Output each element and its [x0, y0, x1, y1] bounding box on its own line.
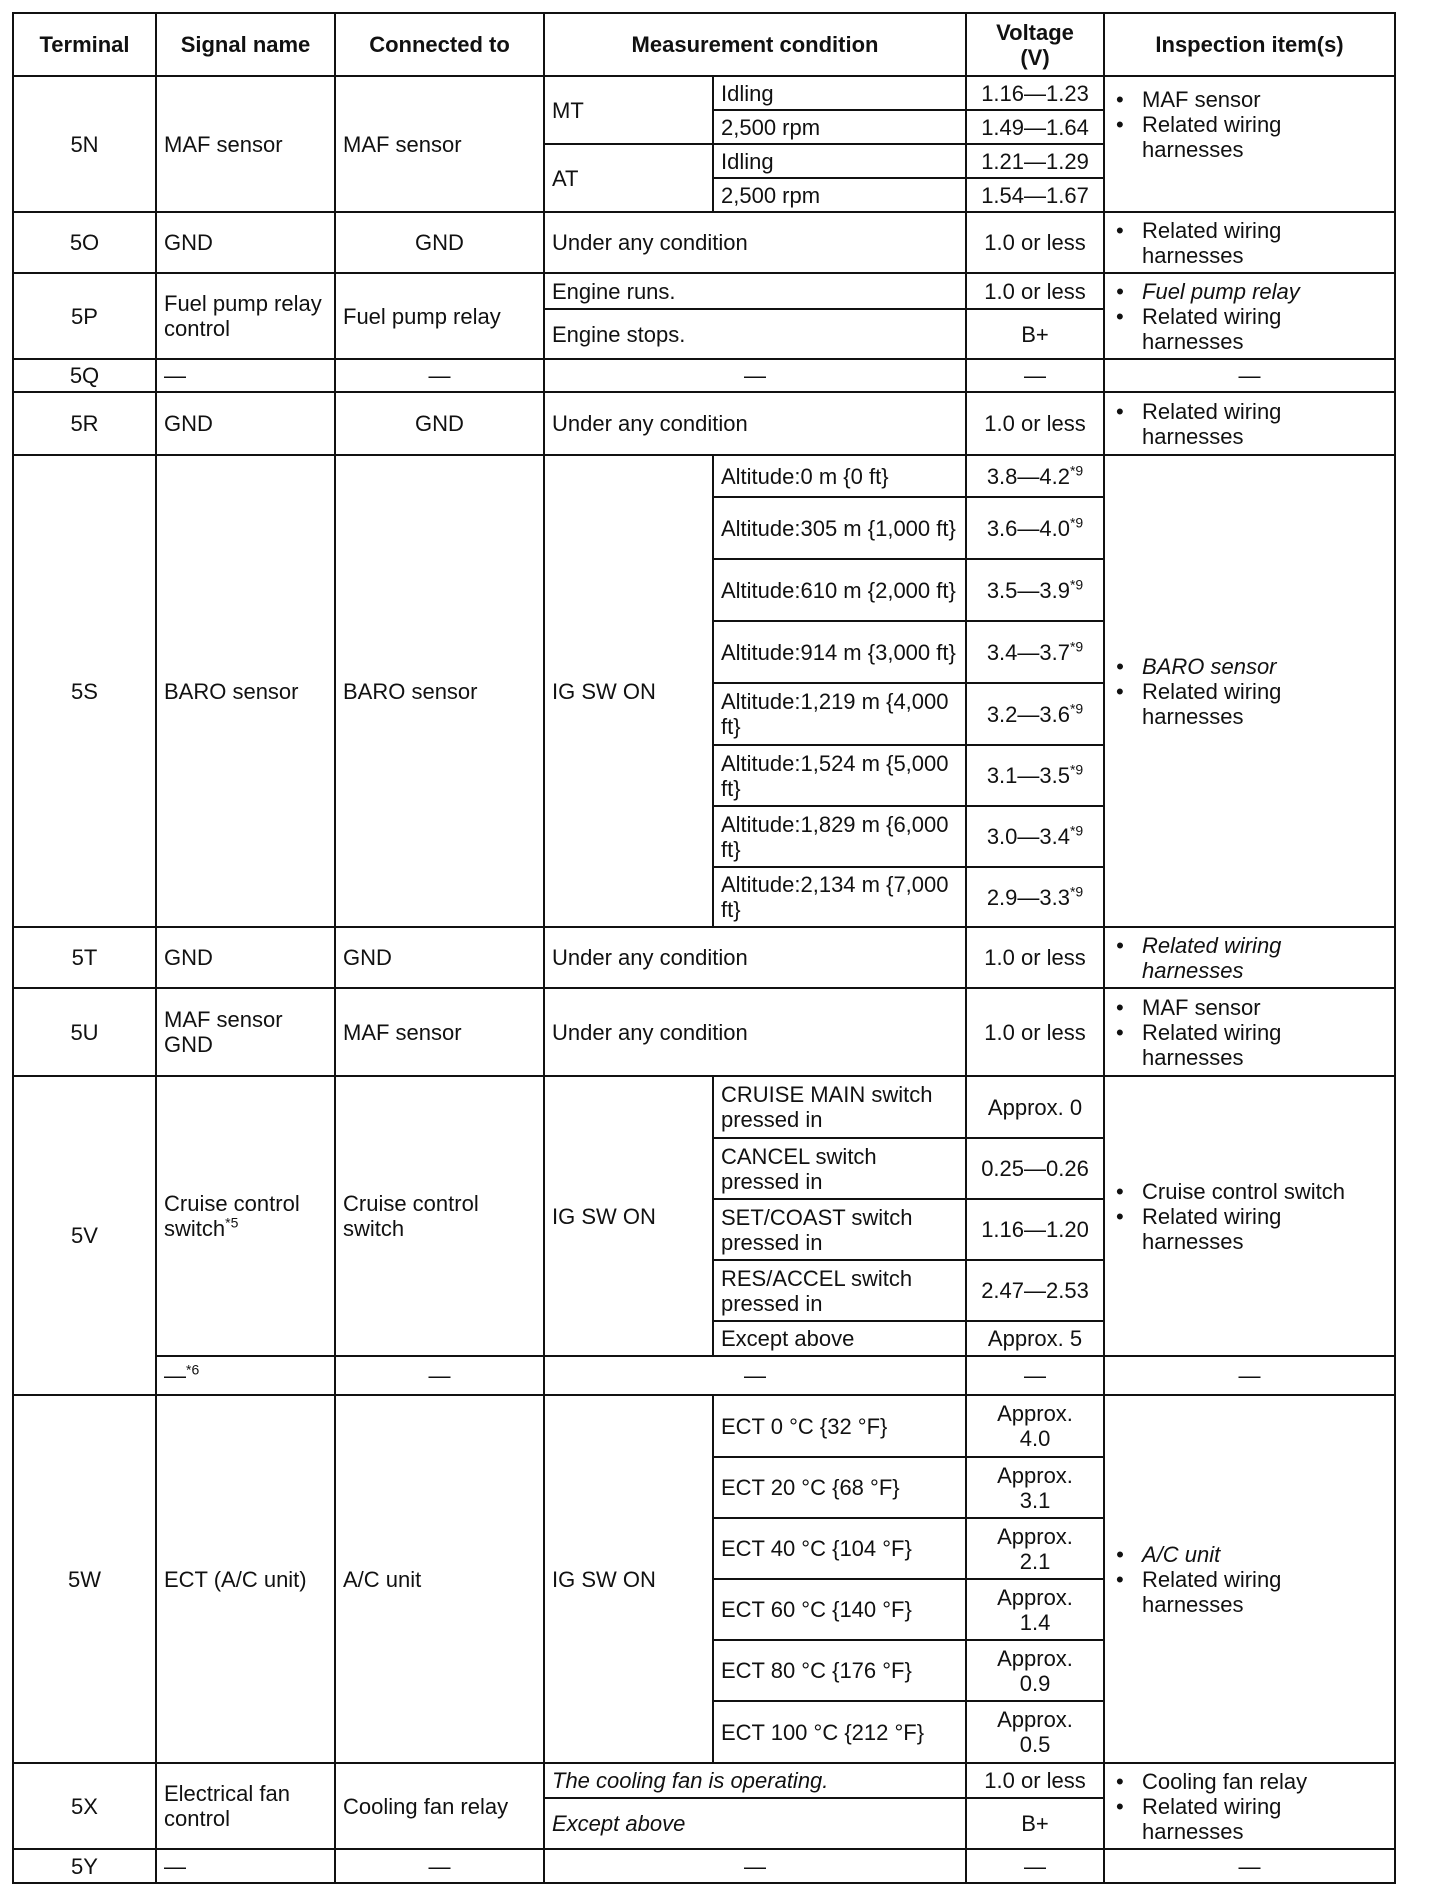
terminal-cell: 5S [13, 455, 156, 927]
connected-cell: GND [335, 927, 544, 988]
voltage-cell: 3.5—3.9*9 [966, 559, 1104, 621]
inspection-cell: Related wiring harnesses [1104, 927, 1395, 988]
header-signal-name: Signal name [156, 13, 335, 76]
voltage-cell: 1.54—1.67 [966, 178, 1104, 212]
group-label: AT [544, 144, 713, 212]
voltage-cell: B+ [966, 309, 1104, 359]
table-row-5N: 5N MAF sensor MAF sensor MT Idling 1.16—… [13, 76, 1395, 110]
signal-cell: — [156, 1849, 335, 1883]
condition-cell: Engine runs. [544, 273, 966, 309]
condition-cell: 2,500 rpm [713, 178, 966, 212]
condition-cell: ECT 60 °C {140 °F} [713, 1579, 966, 1640]
connected-cell: — [335, 1849, 544, 1883]
condition-cell: The cooling fan is operating. [544, 1763, 966, 1798]
voltage-cell: Approx. 1.4 [966, 1579, 1104, 1640]
condition-cell: RES/ACCEL switch pressed in [713, 1260, 966, 1321]
connected-cell: Fuel pump relay [335, 273, 544, 359]
connected-cell: Cooling fan relay [335, 1763, 544, 1849]
terminal-cell: 5Y [13, 1849, 156, 1883]
voltage-cell: 3.8—4.2*9 [966, 455, 1104, 497]
terminal-cell: 5N [13, 76, 156, 212]
voltage-cell: 1.0 or less [966, 988, 1104, 1076]
condition-cell: Altitude:305 m {1,000 ft} [713, 497, 966, 559]
inspection-cell: Related wiring harnesses [1104, 392, 1395, 455]
voltage-cell: Approx. 2.1 [966, 1518, 1104, 1579]
inspection-cell: Fuel pump relayRelated wiring harnesses [1104, 273, 1395, 359]
voltage-cell: 1.21—1.29 [966, 144, 1104, 178]
signal-cell: MAF sensor GND [156, 988, 335, 1076]
terminal-voltage-table: Terminal Signal name Connected to Measur… [12, 12, 1396, 1884]
voltage-cell: 1.0 or less [966, 212, 1104, 273]
voltage-cell: 0.25—0.26 [966, 1138, 1104, 1199]
connected-cell: — [335, 1356, 544, 1395]
signal-cell: BARO sensor [156, 455, 335, 927]
header-row: Terminal Signal name Connected to Measur… [13, 13, 1395, 76]
signal-cell: MAF sensor [156, 76, 335, 212]
main-condition-cell: IG SW ON [544, 1076, 713, 1356]
voltage-cell: 3.0—3.4*9 [966, 806, 1104, 867]
inspection-cell: Related wiring harnesses [1104, 212, 1395, 273]
terminal-cell: 5Q [13, 359, 156, 392]
inspection-cell: MAF sensorRelated wiring harnesses [1104, 988, 1395, 1076]
table-row-5V: 5V Cruise control switch*5 Cruise contro… [13, 1076, 1395, 1138]
condition-cell: — [544, 1849, 966, 1883]
voltage-cell: 2.47—2.53 [966, 1260, 1104, 1321]
condition-cell: Altitude:610 m {2,000 ft} [713, 559, 966, 621]
table-row-5X: 5X Electrical fan control Cooling fan re… [13, 1763, 1395, 1798]
table-row-5T: 5T GND GND Under any condition 1.0 or le… [13, 927, 1395, 988]
inspection-cell: A/C unitRelated wiring harnesses [1104, 1395, 1395, 1763]
signal-cell: Electrical fan control [156, 1763, 335, 1849]
condition-cell: ECT 20 °C {68 °F} [713, 1457, 966, 1518]
condition-cell: Under any condition [544, 212, 966, 273]
header-connected-to: Connected to [335, 13, 544, 76]
terminal-cell: 5U [13, 988, 156, 1076]
voltage-cell: 3.4—3.7*9 [966, 621, 1104, 683]
condition-cell: Altitude:1,829 m {6,000 ft} [713, 806, 966, 867]
voltage-cell: 2.9—3.3*9 [966, 867, 1104, 927]
terminal-cell: 5V [13, 1076, 156, 1395]
signal-cell: — [156, 359, 335, 392]
main-condition-cell: IG SW ON [544, 1395, 713, 1763]
voltage-cell: Approx. 4.0 [966, 1395, 1104, 1457]
voltage-cell: — [966, 1849, 1104, 1883]
table-row-5P: 5P Fuel pump relay control Fuel pump rel… [13, 273, 1395, 309]
condition-cell: Idling [713, 76, 966, 110]
voltage-cell: Approx. 0.9 [966, 1640, 1104, 1701]
connected-cell: Cruise control switch [335, 1076, 544, 1356]
inspection-cell: Cooling fan relayRelated wiring harnesse… [1104, 1763, 1395, 1849]
terminal-cell: 5R [13, 392, 156, 455]
condition-cell: Under any condition [544, 988, 966, 1076]
condition-cell: Except above [544, 1798, 966, 1849]
voltage-cell: 1.0 or less [966, 392, 1104, 455]
voltage-cell: 1.16—1.20 [966, 1199, 1104, 1260]
voltage-cell: Approx. 3.1 [966, 1457, 1104, 1518]
condition-cell: ECT 0 °C {32 °F} [713, 1395, 966, 1457]
signal-cell: GND [156, 212, 335, 273]
header-inspection-items: Inspection item(s) [1104, 13, 1395, 76]
inspection-cell: — [1104, 359, 1395, 392]
inspection-cell: — [1104, 1356, 1395, 1395]
condition-cell: Altitude:914 m {3,000 ft} [713, 621, 966, 683]
voltage-cell: Approx. 0.5 [966, 1701, 1104, 1763]
header-terminal: Terminal [13, 13, 156, 76]
table-row-5Q: 5Q — — — — — [13, 359, 1395, 392]
connected-cell: GND [335, 212, 544, 273]
condition-cell: ECT 100 °C {212 °F} [713, 1701, 966, 1763]
condition-cell: 2,500 rpm [713, 110, 966, 144]
terminal-cell: 5P [13, 273, 156, 359]
header-measurement-condition: Measurement condition [544, 13, 966, 76]
terminal-cell: 5T [13, 927, 156, 988]
connected-cell: — [335, 359, 544, 392]
condition-cell: Altitude:2,134 m {7,000 ft} [713, 867, 966, 927]
terminal-cell: 5O [13, 212, 156, 273]
voltage-cell: 1.0 or less [966, 927, 1104, 988]
signal-cell: GND [156, 392, 335, 455]
condition-cell: Altitude:0 m {0 ft} [713, 455, 966, 497]
table-row-5V-alt: —*6 — — — — [13, 1356, 1395, 1395]
inspection-cell: BARO sensorRelated wiring harnesses [1104, 455, 1395, 927]
table-row-5Y: 5Y — — — — — [13, 1849, 1395, 1883]
voltage-cell: 1.16—1.23 [966, 76, 1104, 110]
group-label: MT [544, 76, 713, 144]
inspection-cell: MAF sensorRelated wiring harnesses [1104, 76, 1395, 212]
voltage-cell: 3.1—3.5*9 [966, 745, 1104, 806]
condition-cell: — [544, 1356, 966, 1395]
table-row-5W: 5W ECT (A/C unit) A/C unit IG SW ON ECT … [13, 1395, 1395, 1457]
condition-cell: ECT 40 °C {104 °F} [713, 1518, 966, 1579]
connected-cell: MAF sensor [335, 988, 544, 1076]
voltage-cell: 1.0 or less [966, 273, 1104, 309]
voltage-cell: 3.2—3.6*9 [966, 683, 1104, 745]
terminal-cell: 5X [13, 1763, 156, 1849]
voltage-cell: B+ [966, 1798, 1104, 1849]
terminal-cell: 5W [13, 1395, 156, 1763]
table-row-5O: 5O GND GND Under any condition 1.0 or le… [13, 212, 1395, 273]
condition-cell: Idling [713, 144, 966, 178]
signal-cell: —*6 [156, 1356, 335, 1395]
condition-cell: Altitude:1,524 m {5,000 ft} [713, 745, 966, 806]
connected-cell: A/C unit [335, 1395, 544, 1763]
voltage-cell: 1.0 or less [966, 1763, 1104, 1798]
condition-cell: SET/COAST switch pressed in [713, 1199, 966, 1260]
condition-cell: CRUISE MAIN switch pressed in [713, 1076, 966, 1138]
connected-cell: BARO sensor [335, 455, 544, 927]
condition-cell: — [544, 359, 966, 392]
inspection-cell: — [1104, 1849, 1395, 1883]
table-row-5U: 5U MAF sensor GND MAF sensor Under any c… [13, 988, 1395, 1076]
table-row-5S: 5S BARO sensor BARO sensor IG SW ON Alti… [13, 455, 1395, 497]
table-row-5R: 5R GND GND Under any condition 1.0 or le… [13, 392, 1395, 455]
header-voltage: Voltage(V) [966, 13, 1104, 76]
voltage-cell: — [966, 1356, 1104, 1395]
signal-cell: GND [156, 927, 335, 988]
voltage-cell: 3.6—4.0*9 [966, 497, 1104, 559]
condition-cell: ECT 80 °C {176 °F} [713, 1640, 966, 1701]
condition-cell: Except above [713, 1321, 966, 1356]
signal-cell: Cruise control switch*5 [156, 1076, 335, 1356]
signal-cell: ECT (A/C unit) [156, 1395, 335, 1763]
inspection-cell: Cruise control switchRelated wiring harn… [1104, 1076, 1395, 1356]
connected-cell: MAF sensor [335, 76, 544, 212]
condition-cell: Under any condition [544, 927, 966, 988]
condition-cell: Under any condition [544, 392, 966, 455]
voltage-cell: 1.49—1.64 [966, 110, 1104, 144]
voltage-cell: — [966, 359, 1104, 392]
voltage-cell: Approx. 5 [966, 1321, 1104, 1356]
connected-cell: GND [335, 392, 544, 455]
condition-cell: Altitude:1,219 m {4,000 ft} [713, 683, 966, 745]
main-condition-cell: IG SW ON [544, 455, 713, 927]
signal-cell: Fuel pump relay control [156, 273, 335, 359]
voltage-cell: Approx. 0 [966, 1076, 1104, 1138]
condition-cell: CANCEL switch pressed in [713, 1138, 966, 1199]
condition-cell: Engine stops. [544, 309, 966, 359]
